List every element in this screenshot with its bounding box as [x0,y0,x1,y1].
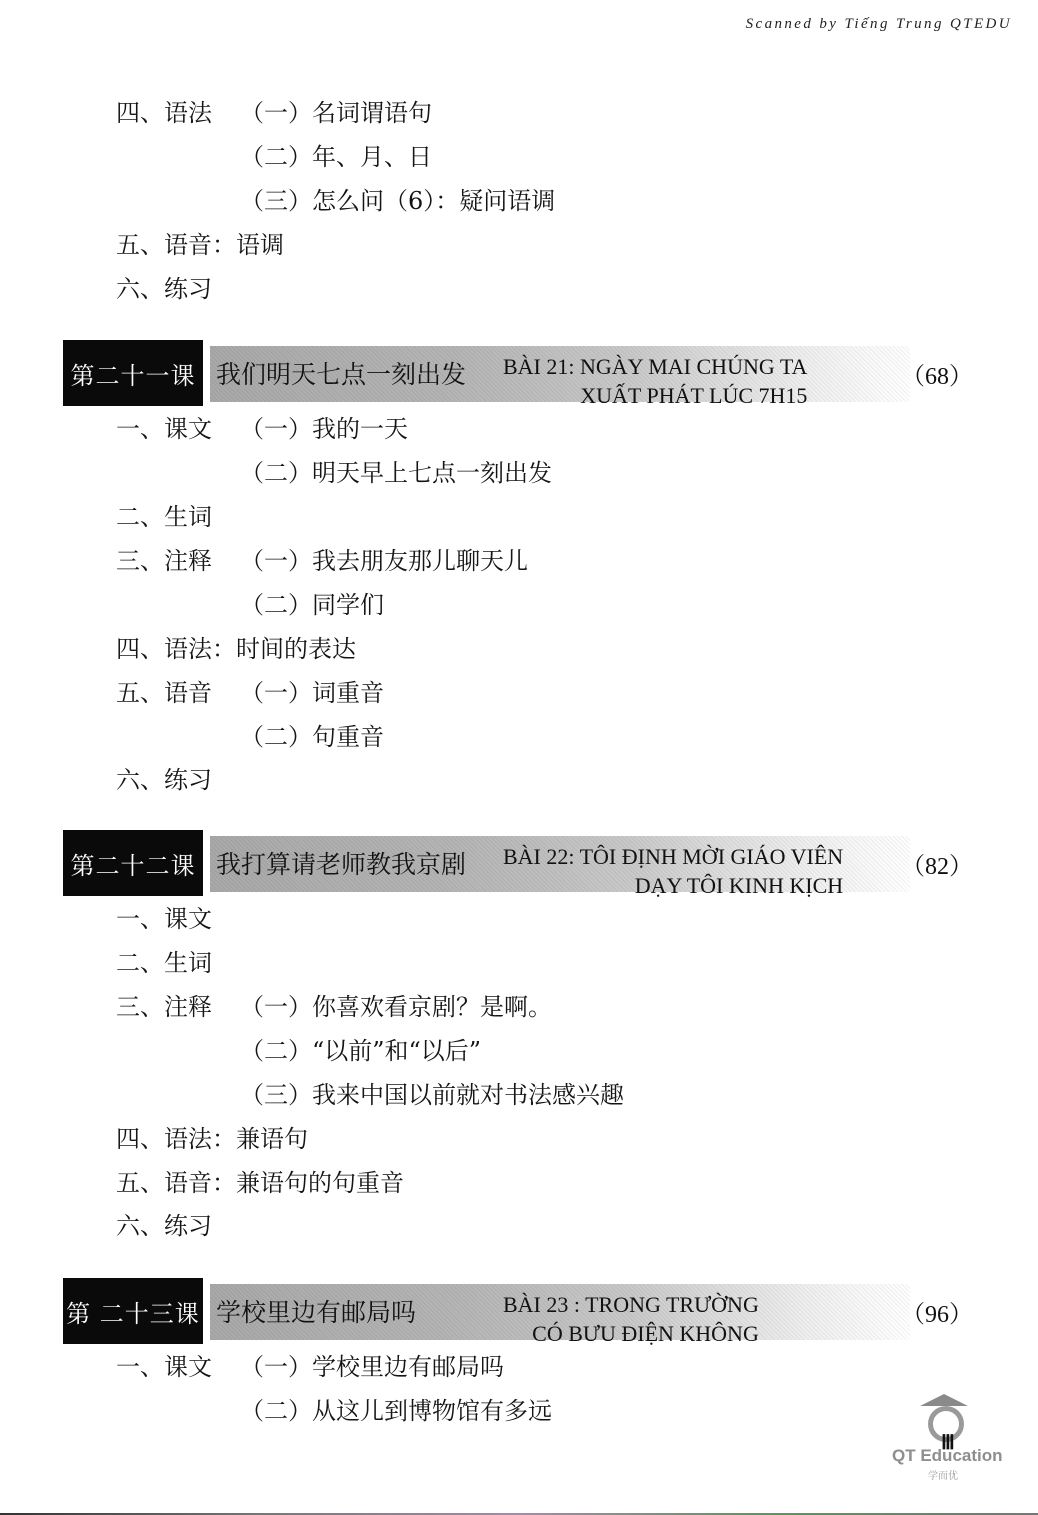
toc-item: 一、课文 [116,904,212,934]
graduation-cap-icon [920,1394,968,1406]
toc-item: 四、语法（一）名词谓语句 [116,98,432,128]
lesson-cn-title: 我们明天七点一刻出发 [216,340,466,406]
page-ref: （96） [901,1278,973,1344]
toc-item: 四、语法：时间的表达 [116,634,356,664]
toc-item: （二）“以前”和“以后” [240,1036,481,1066]
logo-text: QT Education [892,1446,1003,1466]
toc-item: （三）我来中国以前就对书法感兴趣 [240,1080,624,1110]
logo-subtext: 学而优 [928,1467,958,1482]
toc-item: （二）明天早上七点一刻出发 [240,458,552,488]
toc-item: 一、课文（一）我的一天 [116,414,408,444]
lesson-number: 第二十二课 [63,830,203,896]
lesson-cn-title: 我打算请老师教我京剧 [216,830,466,896]
toc-item: 六、练习 [116,765,212,795]
lesson-banner-23[interactable]: 第 二十三课 学校里边有邮局吗 BÀI 23 : TRONG TRƯỜNG CÓ… [63,1278,983,1344]
toc-item: 三、注释（一）我去朋友那儿聊天儿 [116,546,528,576]
toc-item: （二）句重音 [240,722,384,752]
toc-item: 四、语法：兼语句 [116,1124,308,1154]
toc-item: （三）怎么问（6）：疑问语调 [240,186,555,216]
toc-item: 一、课文（一）学校里边有邮局吗 [116,1352,504,1382]
lesson-vn-title: BÀI 21: NGÀY MAI CHÚNG TA XUẤT PHÁT LÚC … [503,352,807,410]
page-ref: （68） [901,340,973,406]
toc-item: 二、生词 [116,948,212,978]
toc-item: 二、生词 [116,502,212,532]
lesson-cn-title: 学校里边有邮局吗 [216,1278,416,1344]
scan-credit: Scanned by Tiếng Trung QTEDU [746,16,1012,33]
toc-item: （二）年、月、日 [240,142,432,172]
lesson-number: 第 二十三课 [63,1278,203,1344]
toc-item: 五、语音：兼语句的句重音 [116,1168,404,1198]
toc-item: 五、语音（一）词重音 [116,678,384,708]
lesson-banner-21[interactable]: 第二十一课 我们明天七点一刻出发 BÀI 21: NGÀY MAI CHÚNG … [63,340,983,406]
toc-item: 三、注释（一）你喜欢看京剧？是啊。 [116,992,552,1022]
page-ref: （82） [901,830,973,896]
lesson-banner-22[interactable]: 第二十二课 我打算请老师教我京剧 BÀI 22: TÔI ĐỊNH MỜI GI… [63,830,983,896]
toc-item: 六、练习 [116,274,212,304]
lesson-number: 第二十一课 [63,340,203,406]
lesson-vn-title: BÀI 22: TÔI ĐỊNH MỜI GIÁO VIÊN DẠY TÔI K… [503,842,843,900]
toc-item: （二）同学们 [240,590,384,620]
toc-item: 五、语音：语调 [116,230,284,260]
qt-education-logo: Ⅲ QT Education 学而优 [888,1390,1008,1485]
toc-item: 六、练习 [116,1211,212,1241]
lesson-vn-title: BÀI 23 : TRONG TRƯỜNG CÓ BƯU ĐIỆN KHÔNG [503,1290,759,1348]
toc-item: （二）从这儿到博物馆有多远 [240,1396,552,1426]
